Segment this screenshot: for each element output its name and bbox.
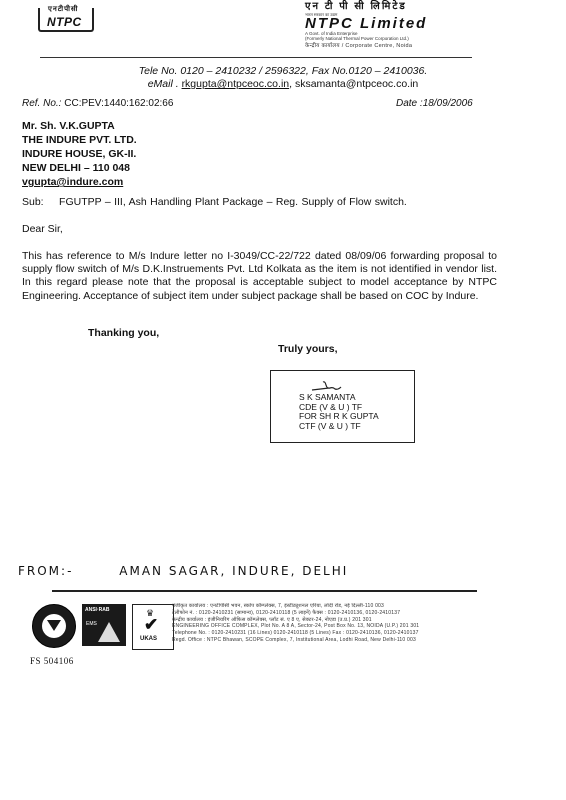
brand-former-name: (Formerly National Thermal Power Corpora… xyxy=(305,36,505,41)
ukas-mark-icon: ♛✔UKAS xyxy=(132,604,174,650)
handwritten-from-text: AMAN SAGAR, INDURE, DELHI xyxy=(119,564,348,578)
addressee-email[interactable]: vgupta@indure.com xyxy=(22,175,137,189)
addressee-line: INDURE HOUSE, GK-II. xyxy=(22,147,137,161)
footer-address-line: ENGINEERING OFFICE COMPLEX, Plot No. A 8… xyxy=(172,623,562,630)
date-label: Date : xyxy=(396,98,423,109)
date-value: 18/09/2006 xyxy=(423,98,473,109)
addressee-line: NEW DELHI – 110 048 xyxy=(22,161,137,175)
addressee-block: Mr. Sh. V.K.GUPTA THE INDURE PVT. LTD. I… xyxy=(22,119,137,189)
handwritten-from-label: FROM:- xyxy=(18,564,73,578)
letter-body: This has reference to M/s Indure letter … xyxy=(22,250,497,303)
ansi-rab-mark-icon: ANSI·RABEMS xyxy=(82,604,126,646)
addressee-line: Mr. Sh. V.K.GUPTA xyxy=(22,119,137,133)
contact-phone: Tele No. 0120 – 2410232 / 2596322, Fax N… xyxy=(139,65,428,77)
subject-line: Sub: FGUTPP – III, Ash Handling Plant Pa… xyxy=(22,196,407,208)
footer-address-line: पंजीकृत कार्यालय : एनटीपीसी भवन, स्कोप क… xyxy=(172,603,562,610)
signature-scribble-icon xyxy=(311,379,345,393)
email-link-rkgupta[interactable]: rkgupta@ntpceoc.co.in xyxy=(182,78,290,90)
logo-english-text: NTPC xyxy=(47,15,82,29)
certificate-number: FS 504106 xyxy=(30,656,74,666)
addressee-line: THE INDURE PVT. LTD. xyxy=(22,133,137,147)
closing-thanks: Thanking you, xyxy=(88,327,159,339)
brand-office: केन्द्रीय कार्यालय / Corporate Centre, N… xyxy=(305,42,505,50)
brand-hindi-name: एन टी पी सी लिमिटेड xyxy=(305,2,505,12)
ref-value: CC:PEV:1440:162:02:66 xyxy=(64,98,173,109)
letterhead-brand: एन टी पी सी लिमिटेड भारत सरकार का उद्यम … xyxy=(305,2,505,50)
handwritten-underline xyxy=(52,590,477,592)
reference-number: Ref. No.: CC:PEV:1440:162:02:66 xyxy=(22,98,173,109)
footer-address-line: Regd. Office : NTPC Bhawan, SCOPE Comple… xyxy=(172,637,562,644)
subject-label: Sub: xyxy=(22,196,44,208)
footer-address: पंजीकृत कार्यालय : एनटीपीसी भवन, स्कोप क… xyxy=(172,603,562,644)
footer-address-line: केन्द्रीय कार्यालय : इंजीनियरिंग ऑफिस कॉ… xyxy=(172,617,562,624)
signature-stamp: S K SAMANTA CDE (V & U ) TF FOR SH R K G… xyxy=(270,370,415,443)
footer-address-line: Telephone No. : 0120-2410231 (16 Lines) … xyxy=(172,630,562,637)
subject-text: FGUTPP – III, Ash Handling Plant Package… xyxy=(59,196,407,208)
brand-name: NTPC Limited xyxy=(305,17,505,31)
salutation: Dear Sir, xyxy=(22,223,63,235)
header-divider xyxy=(40,57,472,58)
ref-label: Ref. No.: xyxy=(22,98,61,109)
signatory-line: CTF (V & U ) TF xyxy=(299,422,379,432)
email-separator: , xyxy=(289,78,292,90)
closing-yours: Truly yours, xyxy=(278,343,338,355)
letter-date: Date :18/09/2006 xyxy=(396,98,473,109)
bsi-registered-mark-icon xyxy=(32,604,76,648)
email-link-sksamanta[interactable]: sksamanta@ntpceoc.co.in xyxy=(295,78,418,90)
handwritten-note: FROM:- AMAN SAGAR, INDURE, DELHI xyxy=(18,564,348,578)
logo-hindi-text: एनटीपीसी xyxy=(48,5,78,14)
contact-email-line: eMail . rkgupta@ntpceoc.co.in, sksamanta… xyxy=(0,78,566,91)
email-label: eMail . xyxy=(148,78,179,90)
ntpc-logo: एनटीपीसी NTPC xyxy=(38,8,94,32)
footer-address-line: टेलीफोन नं. : 0120-2410231 (सामान्य), 01… xyxy=(172,610,562,617)
contact-phone-line: Tele No. 0120 – 2410232 / 2596322, Fax N… xyxy=(0,65,566,78)
